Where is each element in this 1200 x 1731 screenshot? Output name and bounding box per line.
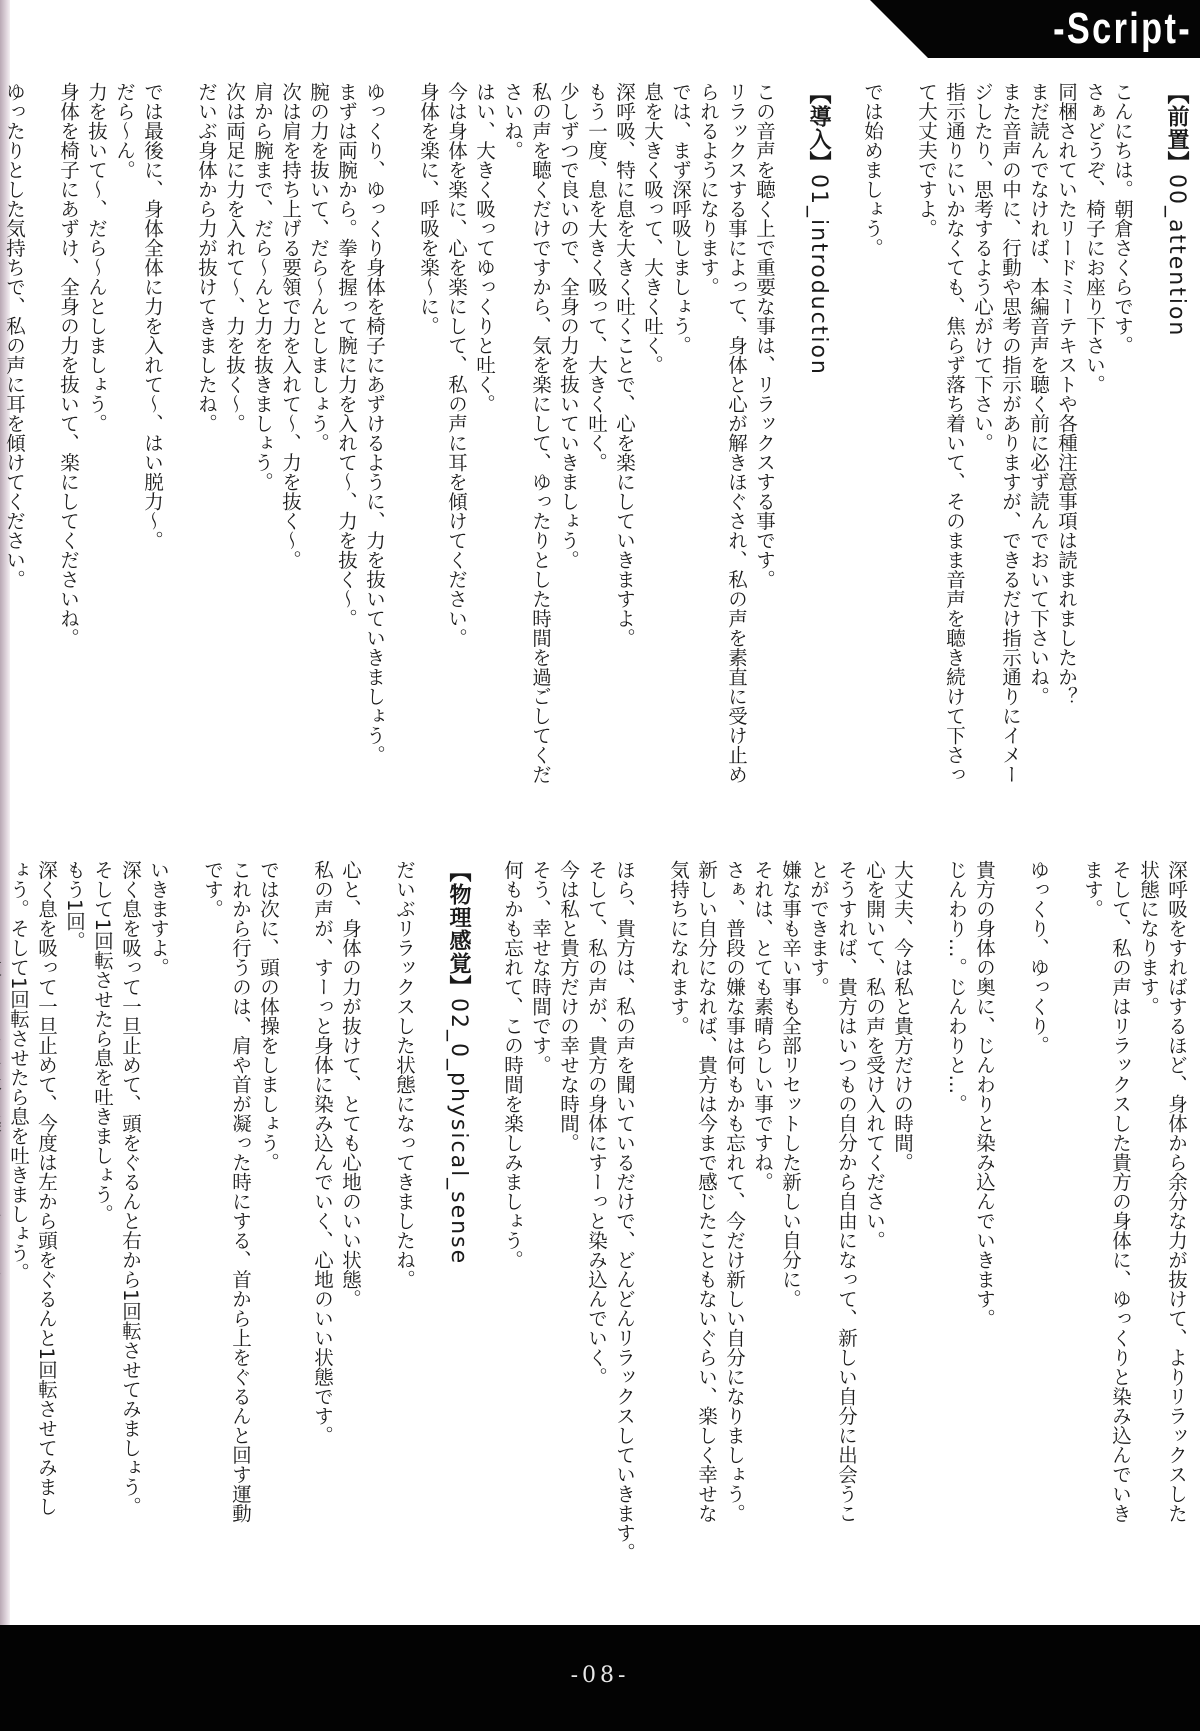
script-line: 肩から腕まで、だら～んと力を抜きましょう。 [248,82,276,820]
section-heading-code: 01_introduction [806,174,831,376]
script-line: 息を大きく吸って、大きく吐く。 [638,82,666,820]
script-line: 指示通りにいかなくても、焦らず落ち着いて、そのまま音声を聴き続けて下さっ [940,82,968,820]
script-line: ゆっくり、ゆっくり身体を椅子にあずけるように、力を抜いていきましょう。 [360,82,388,820]
footer-bar: -08- [0,1625,1200,1731]
script-line: 私の声を聴くだけですから、気を楽にして、ゆったりとした時間を過ごしてくだ [526,82,554,820]
script-line: まだ読んでなければ、本編音声を聴く前に必ず読んでおいて下さいね。 [1024,82,1052,820]
script-paragraph: この音声を聴く上で重要な事は、リラックスする事です。リラックスする事によって、身… [414,82,778,820]
script-line: ょう。そして1回転させたら息を吐きましょう。 [4,860,32,1605]
script-line: ゆっくり、ゆっくり。 [1024,860,1052,1605]
script-line: 同梱されていたリードミーテキストや各種注意事項は読まれましたか？ [1052,82,1080,820]
script-line: とができます。 [804,860,832,1605]
script-line: それは、とても素晴らしい事ですね。 [748,860,776,1605]
section-heading-label: 【物理感覚】 [446,860,471,998]
script-line: 力を抜いて～、だら～んとしましょう。 [82,82,110,820]
script-line: はい、大きく吸ってゆっくりと吐く。 [470,82,498,820]
script-line: では始めましょう。 [858,82,886,820]
script-line: では最後に、身体全体に力を入れて～、はい脱力～。 [138,82,166,820]
script-line: 次は両足に力を入れて～、力を抜く～。 [220,82,248,820]
section-heading-label: 【導入】 [806,82,831,174]
section-heading-label: 【前置】 [1164,82,1189,174]
script-line: です。 [198,860,226,1605]
script-line: ほら、貴方は、私の声を聞いているだけで、どんどんリラックスしていきます。 [610,860,638,1605]
script-paragraph: では始めましょう。 [858,82,886,820]
script-line: また音声の中に、行動や思考の指示がありますが、できるだけ指示通りにイメー [996,82,1024,820]
script-line: て大丈夫ですよ。 [912,82,940,820]
script-line: 身体を椅子にあずけ、全身の力を抜いて、楽にしてくださいね。 [54,82,82,820]
header-banner: -Script- [870,0,1200,58]
page-section-title: -Script- [1053,2,1192,56]
script-line: この音声を聴く上で重要な事は、リラックスする事です。 [750,82,778,820]
script-paragraph: だいぶリラックスした状態になってきましたね。 [390,860,418,1605]
script-line: 少しずつで良いので、全身の力を抜いていきましょう。 [554,82,582,820]
script-line: 大丈夫、今は私と貴方だけの時間。 [888,860,916,1605]
script-line: だら～ん。 [110,82,138,820]
script-paragraph: 深呼吸をすればするほど、身体から余分な力が抜けて、よりリラックスした状態になりま… [1078,860,1190,1605]
section-heading-code: 02_0_physical_sense [446,998,471,1265]
script-line: 深呼吸をすればするほど、身体から余分な力が抜けて、よりリラックスした [1162,860,1190,1605]
script-paragraph: ゆったりとした気持ちで、私の声に耳を傾けてください。 [0,82,28,820]
script-line: 心を開いて、私の声を受け入れてください。 [860,860,888,1605]
script-line: こんにちは。朝倉さくらです。 [1108,82,1136,820]
script-paragraph: ゆっくり、ゆっくり身体を椅子にあずけるように、力を抜いていきましょう。まずは両腕… [192,82,388,820]
script-line: 貴方の身体の奥に、じんわりと染み込んでいきます。 [970,860,998,1605]
page-number: -08- [0,1663,1200,1688]
section-heading-code: 00_attention [1164,174,1189,337]
script-paragraph: では次に、頭の体操をしましょう。これから行うのは、肩や首が凝った時にする、首から… [198,860,282,1605]
script-line: ます。 [1078,860,1106,1605]
script-line: 私の声が、すーっと身体に染み込んでいく、心地のいい状態です。 [308,860,336,1605]
script-line: 深く息を吸って一旦止めて、今度は左から頭をぐるんと1回転させてみまし [32,860,60,1605]
script-line: 腕の力を抜いて、だら～んとしましょう。 [304,82,332,820]
script-line: 深く息を吸って一旦止めて、頭をぐるんと右から1回転させてみましょう。 [116,860,144,1605]
script-line: 嫌な事も辛い事も全部リセットした新しい自分に。 [776,860,804,1605]
script-upper-half: 【前置】00_attentionこんにちは。朝倉さくらです。さぁどうぞ、椅子にお… [18,82,1190,820]
script-line: じんわり…。じんわりと…。 [942,860,970,1605]
script-lower-half: 深呼吸をすればするほど、身体から余分な力が抜けて、よりリラックスした状態になりま… [18,860,1190,1605]
script-line: では次に、頭の体操をしましょう。 [254,860,282,1605]
script-line: リラックスする事によって、身体と心が解きほぐされ、私の声を素直に受け止め [722,82,750,820]
script-line: ジしたり、思考するよう心がけて下さい。 [968,82,996,820]
section-heading: 【前置】00_attention [1162,82,1190,820]
script-line: もう1回。 [60,860,88,1605]
script-line: さいね。 [498,82,526,820]
script-paragraph: 心と、身体の力が抜けて、とても心地のいい状態。私の声が、すーっと身体に染み込んで… [308,860,364,1605]
script-line: 気持ちになれます。 [664,860,692,1605]
script-line: さぁ、普段の嫌な事は何もかも忘れて、今だけ新しい自分になりましょう。 [720,860,748,1605]
script-line: そうすれば、貴方はいつもの自分から自由になって、新しい自分に出会うこ [832,860,860,1605]
script-line: はい、力を抜いて～。身体を楽にしてください。 [0,860,4,1605]
script-line: そして1回転させたら息を吐きましょう。 [88,860,116,1605]
script-line: そう、幸せな時間です。 [526,860,554,1605]
script-line: 新しい自分になれば、貴方は今まで感じたこともないぐらい、楽しく幸せな [692,860,720,1605]
script-line: さぁどうぞ、椅子にお座り下さい。 [1080,82,1108,820]
script-line: 状態になります。 [1134,860,1162,1605]
script-paragraph: ゆっくり、ゆっくり。 [1024,860,1052,1605]
script-paragraph: いきますよ。深く息を吸って一旦止めて、頭をぐるんと右から1回転させてみましょう。… [0,860,172,1605]
script-line: では、まず深呼吸しましょう。 [666,82,694,820]
script-line: これから行うのは、肩や首が凝った時にする、首から上をぐるんと回す運動 [226,860,254,1605]
script-line: 深呼吸、特に息を大きく吐くことで、心を楽にしていきますよ。 [610,82,638,820]
section-heading: 【導入】01_introduction [804,82,832,820]
script-line: そして、私の声はリラックスした貴方の身体に、ゆっくりと染み込んでいき [1106,860,1134,1605]
script-line: 今は私と貴方だけの幸せな時間。 [554,860,582,1605]
script-line: まずは両腕から。拳を握って腕に力を入れて～、力を抜く～。 [332,82,360,820]
script-line: だいぶ身体から力が抜けてきましたね。 [192,82,220,820]
script-line: ゆったりとした気持ちで、私の声に耳を傾けてください。 [0,82,28,820]
script-line: 何もかも忘れて、この時間を楽しみましょう。 [498,860,526,1605]
script-line: 今は身体を楽に、心を楽にして、私の声に耳を傾けてください。 [442,82,470,820]
script-paragraph: では最後に、身体全体に力を入れて～、はい脱力～。だら～ん。力を抜いて～、だら～ん… [54,82,166,820]
script-line: だいぶリラックスした状態になってきましたね。 [390,860,418,1605]
script-line: 心と、身体の力が抜けて、とても心地のいい状態。 [336,860,364,1605]
script-line: 次は肩を持ち上げる要領で力を入れて～、力を抜く～。 [276,82,304,820]
section-heading: 【物理感覚】02_0_physical_sense [444,860,472,1605]
script-line: いきますよ。 [144,860,172,1605]
script-paragraph: ほら、貴方は、私の声を聞いているだけで、どんどんリラックスしていきます。そして、… [498,860,638,1605]
script-line: そして、私の声が、貴方の身体にすーっと染み込んでいく。 [582,860,610,1605]
script-paragraph: 大丈夫、今は私と貴方だけの時間。心を開いて、私の声を受け入れてください。そうすれ… [664,860,916,1605]
script-paragraph: こんにちは。朝倉さくらです。さぁどうぞ、椅子にお座り下さい。同梱されていたリード… [912,82,1136,820]
script-paragraph: 貴方の身体の奥に、じんわりと染み込んでいきます。じんわり…。じんわりと…。 [942,860,998,1605]
script-line: られるようになります。 [694,82,722,820]
script-line: もう一度、息を大きく吸って、大きく吐く。 [582,82,610,820]
script-line: 身体を楽に、呼吸を楽～に。 [414,82,442,820]
